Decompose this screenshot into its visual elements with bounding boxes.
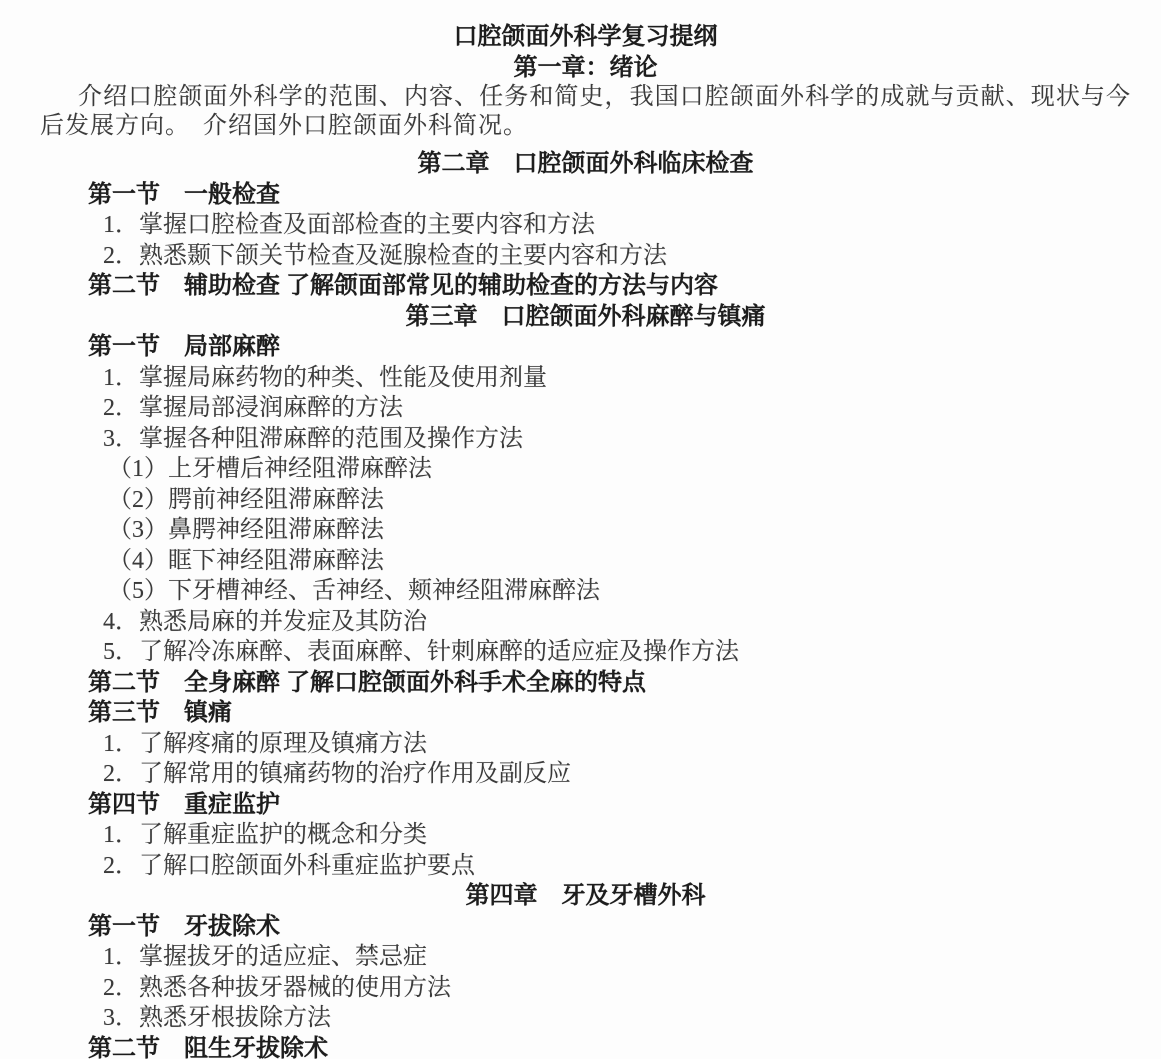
outline-item: 1．掌握拔牙的适应症、禁忌症 — [40, 942, 1131, 973]
section-heading: 第一节 牙拔除术 — [40, 912, 1131, 943]
outline-item: 3．熟悉牙根拔除方法 — [40, 1003, 1131, 1034]
section-heading: 第三节 镇痛 — [40, 698, 1131, 729]
section-heading: 第二节 全身麻醉 了解口腔颌面外科手术全麻的特点 — [40, 668, 1131, 699]
document-lines: 口腔颌面外科学复习提纲第一章：绪论介绍口腔颌面外科学的范围、内容、任务和简史，我… — [40, 22, 1131, 1059]
chapter-heading: 第四章 牙及牙槽外科 — [40, 881, 1131, 912]
outline-item: 2．掌握局部浸润麻醉的方法 — [40, 393, 1131, 424]
outline-subitem: （2）腭前神经阻滞麻醉法 — [40, 485, 1131, 516]
chapter-heading: 第二章 口腔颌面外科临床检查 — [40, 149, 1131, 180]
document-page: 口腔颌面外科学复习提纲第一章：绪论介绍口腔颌面外科学的范围、内容、任务和简史，我… — [0, 0, 1161, 1059]
section-heading: 第二节 阻生牙拔除术 — [40, 1034, 1131, 1059]
outline-item: 1．了解疼痛的原理及镇痛方法 — [40, 729, 1131, 760]
outline-item: 2．熟悉各种拔牙器械的使用方法 — [40, 973, 1131, 1004]
doc-title: 口腔颌面外科学复习提纲 — [40, 22, 1131, 53]
outline-item: 5．了解冷冻麻醉、表面麻醉、针刺麻醉的适应症及操作方法 — [40, 637, 1131, 668]
outline-item: 1．掌握口腔检查及面部检查的主要内容和方法 — [40, 210, 1131, 241]
outline-subitem: （4）眶下神经阻滞麻醉法 — [40, 546, 1131, 577]
section-heading: 第一节 一般检查 — [40, 180, 1131, 211]
outline-item: 3．掌握各种阻滞麻醉的范围及操作方法 — [40, 424, 1131, 455]
section-heading: 第一节 局部麻醉 — [40, 332, 1131, 363]
outline-item: 2．熟悉颞下颌关节检查及涎腺检查的主要内容和方法 — [40, 241, 1131, 272]
outline-item: 2．了解口腔颌面外科重症监护要点 — [40, 851, 1131, 882]
outline-subitem: （3）鼻腭神经阻滞麻醉法 — [40, 515, 1131, 546]
chapter-heading: 第三章 口腔颌面外科麻醉与镇痛 — [40, 302, 1131, 333]
outline-item: 1．了解重症监护的概念和分类 — [40, 820, 1131, 851]
outline-subitem: （1）上牙槽后神经阻滞麻醉法 — [40, 454, 1131, 485]
outline-item: 1．掌握局麻药物的种类、性能及使用剂量 — [40, 363, 1131, 394]
chapter-heading: 第一章：绪论 — [40, 53, 1131, 84]
intro-paragraph: 介绍口腔颌面外科学的范围、内容、任务和简史，我国口腔颌面外科学的成就与贡献、现状… — [40, 83, 1131, 140]
outline-subitem: （5）下牙槽神经、舌神经、颊神经阻滞麻醉法 — [40, 576, 1131, 607]
outline-item: 4．熟悉局麻的并发症及其防治 — [40, 607, 1131, 638]
section-heading: 第四节 重症监护 — [40, 790, 1131, 821]
section-heading: 第二节 辅助检查 了解颌面部常见的辅助检查的方法与内容 — [40, 271, 1131, 302]
outline-item: 2．了解常用的镇痛药物的治疗作用及副反应 — [40, 759, 1131, 790]
